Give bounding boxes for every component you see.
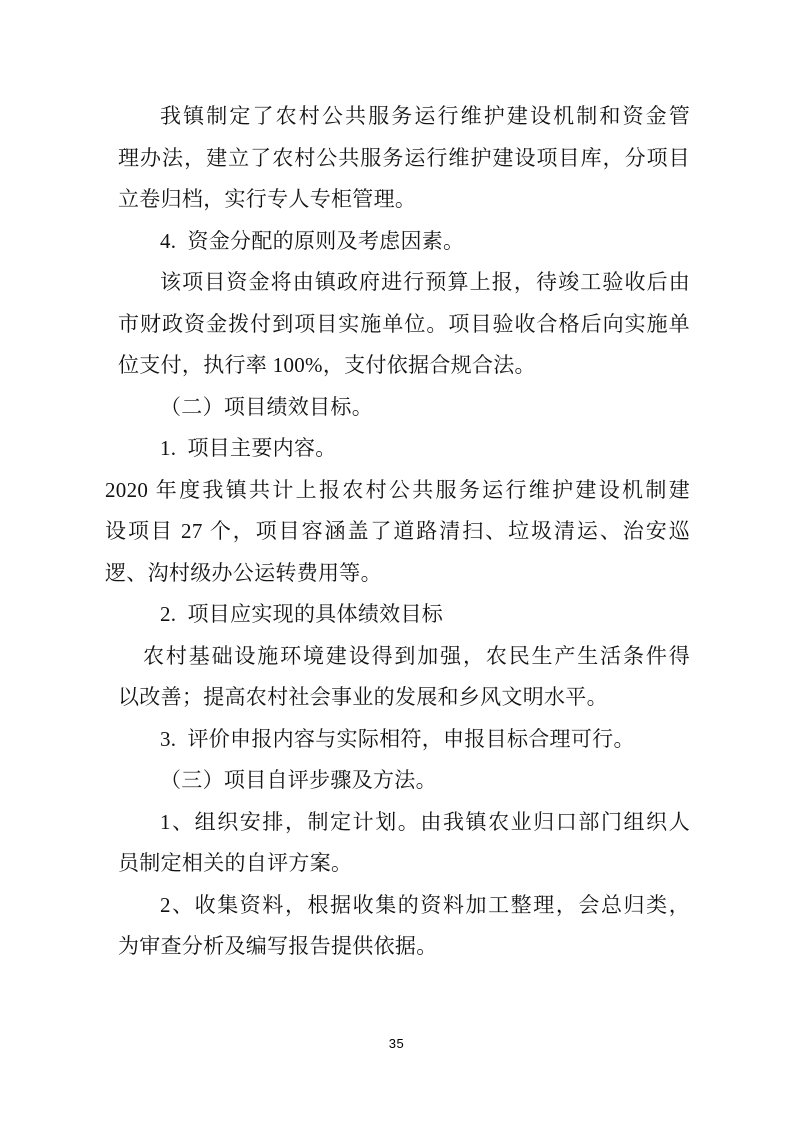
section-heading: （三）项目自评步骤及方法。	[118, 760, 690, 802]
body-line: 市财政资金拨付到项目实施单位。项目验收合格后向实施单	[118, 304, 690, 346]
body-line: 理办法，建立了农村公共服务运行维护建设项目库，分项目	[118, 138, 690, 180]
body-line: 设项目 27 个，项目容涵盖了道路清扫、垃圾清运、治安巡	[105, 511, 690, 553]
body-line: 1、组织安排，制定计划。由我镇农业归口部门组织人	[118, 802, 690, 844]
numbered-heading: 2. 项目应实现的具体绩效目标	[118, 594, 690, 636]
body-line: 立卷归档，实行专人专柜管理。	[118, 179, 690, 221]
numbered-heading: 3. 评价申报内容与实际相符，申报目标合理可行。	[118, 719, 690, 761]
body-line: 该项目资金将由镇政府进行预算上报，待竣工验收后由	[118, 262, 690, 304]
section-heading: （二）项目绩效目标。	[118, 387, 690, 429]
body-line: 农村基础设施环境建设得到加强，农民生产生活条件得	[118, 636, 690, 678]
numbered-heading: 4. 资金分配的原则及考虑因素。	[118, 221, 690, 263]
body-line: 位支付，执行率 100%，支付依据合规合法。	[118, 345, 690, 387]
body-line: 2、收集资料，根据收集的资料加工整理，会总归类，	[118, 885, 690, 927]
body-line: 员制定相关的自评方案。	[118, 843, 690, 885]
numbered-heading: 1. 项目主要内容。	[118, 428, 690, 470]
body-line: 我镇制定了农村公共服务运行维护建设机制和资金管	[118, 96, 690, 138]
body-line: 以改善；提高农村社会事业的发展和乡风文明水平。	[118, 677, 690, 719]
body-line: 2020 年度我镇共计上报农村公共服务运行维护建设机制建	[105, 470, 690, 512]
body-line: 为审查分析及编写报告提供依据。	[118, 926, 690, 968]
document-page: 我镇制定了农村公共服务运行维护建设机制和资金管 理办法，建立了农村公共服务运行维…	[0, 0, 793, 1122]
document-body: 我镇制定了农村公共服务运行维护建设机制和资金管 理办法，建立了农村公共服务运行维…	[118, 96, 690, 968]
body-line: 逻、沟村级办公运转费用等。	[105, 553, 690, 595]
page-number: 35	[0, 1034, 793, 1054]
